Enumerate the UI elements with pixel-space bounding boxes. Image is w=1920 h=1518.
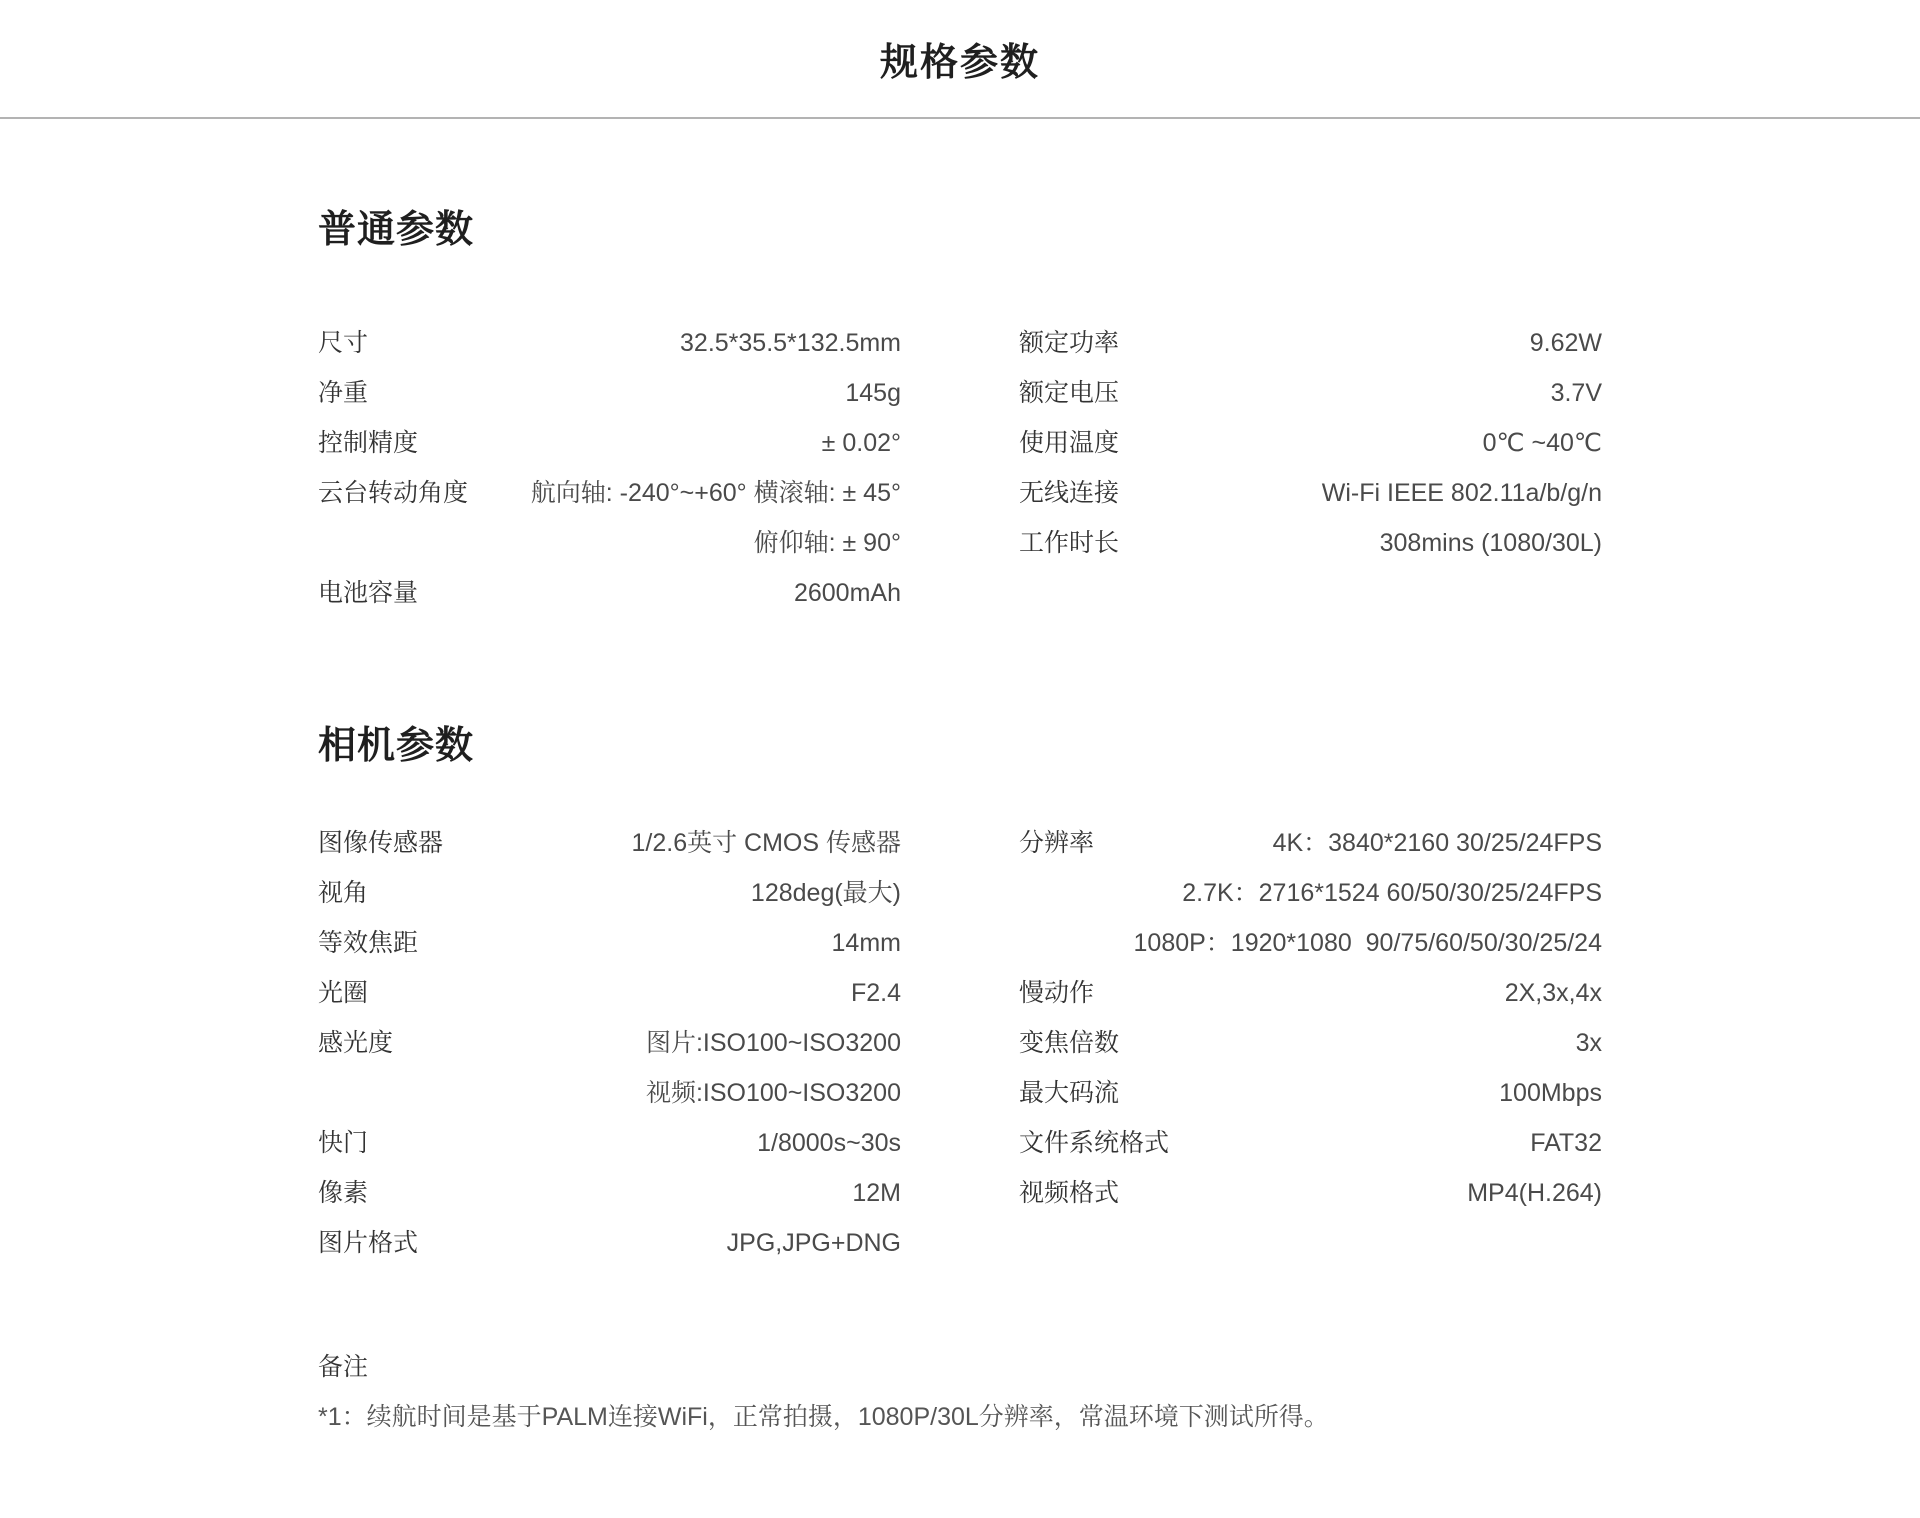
spec-value: 308mins (1080/30L): [1119, 518, 1602, 568]
note-item: *1：续航时间是基于PALM连接WiFi，正常拍摄，1080P/30L分辨率，常…: [318, 1392, 1602, 1442]
spec-value: JPG,JPG+DNG: [418, 1218, 901, 1268]
spec-value: 12M: [368, 1168, 901, 1218]
spec-value: MP4(H.264): [1119, 1168, 1602, 1218]
spec-value: 2X,3x,4x: [1094, 968, 1602, 1018]
spec-value: 14mm: [418, 918, 901, 968]
spec-value: 145g: [368, 368, 901, 418]
spec-row: 无线连接 Wi-Fi IEEE 802.11a/b/g/n: [1019, 468, 1602, 518]
spec-label: 净重: [318, 368, 368, 418]
spec-row: 控制精度 ± 0.02°: [318, 418, 901, 468]
spec-value-group: Wi-Fi IEEE 802.11a/b/g/n: [1119, 468, 1602, 518]
spec-label: 等效焦距: [318, 918, 418, 968]
spec-value: 1080P：1920*1080 90/75/60/50/30/25/24: [1094, 918, 1602, 968]
spec-value-group: 1/8000s~30s: [368, 1118, 901, 1168]
spec-row: 文件系统格式 FAT32: [1019, 1118, 1602, 1168]
spec-value-group: 图片:ISO100~ISO3200 视频:ISO100~ISO3200: [393, 1018, 901, 1118]
spec-label: 光圈: [318, 968, 368, 1018]
spec-value: 4K：3840*2160 30/25/24FPS: [1094, 818, 1602, 868]
spec-row: 图像传感器 1/2.6英寸 CMOS 传感器: [318, 818, 901, 868]
spec-label: 控制精度: [318, 418, 418, 468]
spec-row: 净重 145g: [318, 368, 901, 418]
spec-row: 额定功率 9.62W: [1019, 318, 1602, 368]
spec-value: 3x: [1119, 1018, 1602, 1068]
spec-row: 变焦倍数 3x: [1019, 1018, 1602, 1068]
spec-row: 快门 1/8000s~30s: [318, 1118, 901, 1168]
spec-value-group: 14mm: [418, 918, 901, 968]
notes-heading: 备注: [318, 1342, 1602, 1392]
camera-right-column: 分辨率 4K：3840*2160 30/25/24FPS 2.7K：2716*1…: [1019, 818, 1602, 1268]
spec-label: 无线连接: [1019, 468, 1119, 518]
spec-value: 1/2.6英寸 CMOS 传感器: [443, 818, 901, 868]
spec-label: 额定功率: [1019, 318, 1119, 368]
spec-value: 2.7K：2716*1524 60/50/30/25/24FPS: [1094, 868, 1602, 918]
spec-row: 分辨率 4K：3840*2160 30/25/24FPS 2.7K：2716*1…: [1019, 818, 1602, 968]
camera-left-column: 图像传感器 1/2.6英寸 CMOS 传感器 视角 128deg(最大) 等效焦…: [318, 818, 901, 1268]
spec-value: 航向轴: -240°~+60° 横滚轴: ± 45°: [468, 468, 901, 518]
spec-label: 尺寸: [318, 318, 368, 368]
spec-label: 慢动作: [1019, 968, 1094, 1018]
general-right-column: 额定功率 9.62W 额定电压 3.7V 使用温度 0℃ ~40℃: [1019, 318, 1602, 618]
spec-value-group: 32.5*35.5*132.5mm: [368, 318, 901, 368]
spec-label: 分辨率: [1019, 818, 1094, 868]
spec-label: 额定电压: [1019, 368, 1119, 418]
spec-label: 图片格式: [318, 1218, 418, 1268]
spec-row: 等效焦距 14mm: [318, 918, 901, 968]
spec-label: 视角: [318, 868, 368, 918]
spec-value: 2600mAh: [418, 568, 901, 618]
spec-row: 使用温度 0℃ ~40℃: [1019, 418, 1602, 468]
spec-row: 感光度 图片:ISO100~ISO3200 视频:ISO100~ISO3200: [318, 1018, 901, 1118]
spec-label: 图像传感器: [318, 818, 443, 868]
spec-value-group: FAT32: [1169, 1118, 1602, 1168]
spec-value: Wi-Fi IEEE 802.11a/b/g/n: [1119, 468, 1602, 518]
spec-value-group: 航向轴: -240°~+60° 横滚轴: ± 45° 俯仰轴: ± 90°: [468, 468, 901, 568]
spec-row: 云台转动角度 航向轴: -240°~+60° 横滚轴: ± 45° 俯仰轴: ±…: [318, 468, 901, 568]
spec-row: 像素 12M: [318, 1168, 901, 1218]
page-title: 规格参数: [880, 31, 1040, 86]
spec-value-group: 2X,3x,4x: [1094, 968, 1602, 1018]
spec-row: 视频格式 MP4(H.264): [1019, 1168, 1602, 1218]
spec-row: 最大码流 100Mbps: [1019, 1068, 1602, 1118]
spec-value-group: ± 0.02°: [418, 418, 901, 468]
spec-value: ± 0.02°: [418, 418, 901, 468]
section-camera-heading: 相机参数: [318, 723, 1602, 769]
spec-label: 文件系统格式: [1019, 1118, 1169, 1168]
spec-value-group: 12M: [368, 1168, 901, 1218]
spec-row: 图片格式 JPG,JPG+DNG: [318, 1218, 901, 1268]
spec-value-group: 3x: [1119, 1018, 1602, 1068]
section-general-columns: 尺寸 32.5*35.5*132.5mm 净重 145g 控制精度 ± 0.02…: [318, 318, 1602, 618]
spec-value: 128deg(最大): [368, 868, 901, 918]
spec-label: 感光度: [318, 1018, 393, 1068]
spec-label: 快门: [318, 1118, 368, 1168]
spec-row: 尺寸 32.5*35.5*132.5mm: [318, 318, 901, 368]
spec-value-group: 3.7V: [1119, 368, 1602, 418]
spec-label: 使用温度: [1019, 418, 1119, 468]
spec-row: 电池容量 2600mAh: [318, 568, 901, 618]
spec-value-group: 128deg(最大): [368, 868, 901, 918]
spec-value: 100Mbps: [1119, 1068, 1602, 1118]
spec-label: 视频格式: [1019, 1168, 1119, 1218]
spec-label: 像素: [318, 1168, 368, 1218]
section-camera: 相机参数 图像传感器 1/2.6英寸 CMOS 传感器 视角 128deg(最大…: [318, 723, 1602, 1268]
spec-row: 工作时长 308mins (1080/30L): [1019, 518, 1602, 568]
section-camera-columns: 图像传感器 1/2.6英寸 CMOS 传感器 视角 128deg(最大) 等效焦…: [318, 818, 1602, 1268]
spec-value-group: MP4(H.264): [1119, 1168, 1602, 1218]
spec-value-group: F2.4: [368, 968, 901, 1018]
spec-label: 最大码流: [1019, 1068, 1119, 1118]
spec-row: 视角 128deg(最大): [318, 868, 901, 918]
spec-value-group: JPG,JPG+DNG: [418, 1218, 901, 1268]
spec-value-group: 0℃ ~40℃: [1119, 418, 1602, 468]
spec-value: 9.62W: [1119, 318, 1602, 368]
spec-value: FAT32: [1169, 1118, 1602, 1168]
spec-value: 俯仰轴: ± 90°: [468, 518, 901, 568]
spec-value-group: 2600mAh: [418, 568, 901, 618]
spec-row: 光圈 F2.4: [318, 968, 901, 1018]
spec-value: 32.5*35.5*132.5mm: [368, 318, 901, 368]
notes-section: 备注 *1：续航时间是基于PALM连接WiFi，正常拍摄，1080P/30L分辨…: [318, 1342, 1602, 1442]
spec-value: 视频:ISO100~ISO3200: [393, 1068, 901, 1118]
spec-row: 慢动作 2X,3x,4x: [1019, 968, 1602, 1018]
spec-value-group: 100Mbps: [1119, 1068, 1602, 1118]
spec-value-group: 145g: [368, 368, 901, 418]
spec-value-group: 4K：3840*2160 30/25/24FPS 2.7K：2716*1524 …: [1094, 818, 1602, 968]
spec-value: 3.7V: [1119, 368, 1602, 418]
spec-value: 图片:ISO100~ISO3200: [393, 1018, 901, 1068]
section-general: 普通参数 尺寸 32.5*35.5*132.5mm 净重 145g 控制精度: [318, 207, 1602, 618]
spec-row: 额定电压 3.7V: [1019, 368, 1602, 418]
spec-value: 1/8000s~30s: [368, 1118, 901, 1168]
spec-value: 0℃ ~40℃: [1119, 418, 1602, 468]
spec-label: 电池容量: [318, 568, 418, 618]
spec-value-group: 9.62W: [1119, 318, 1602, 368]
spec-label: 工作时长: [1019, 518, 1119, 568]
page-header: 规格参数: [0, 0, 1920, 119]
spec-label: 云台转动角度: [318, 468, 468, 518]
spec-content: 普通参数 尺寸 32.5*35.5*132.5mm 净重 145g 控制精度: [318, 207, 1602, 1442]
section-general-heading: 普通参数: [318, 207, 1602, 253]
spec-label: 变焦倍数: [1019, 1018, 1119, 1068]
general-left-column: 尺寸 32.5*35.5*132.5mm 净重 145g 控制精度 ± 0.02…: [318, 318, 901, 618]
spec-value-group: 308mins (1080/30L): [1119, 518, 1602, 568]
spec-value-group: 1/2.6英寸 CMOS 传感器: [443, 818, 901, 868]
spec-value: F2.4: [368, 968, 901, 1018]
